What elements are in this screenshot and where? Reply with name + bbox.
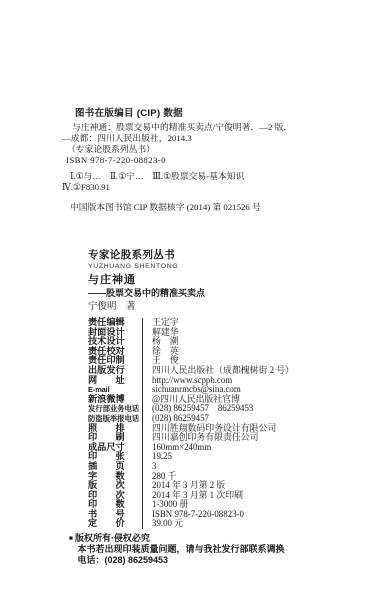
copyright-notice-text: 版权所有·侵权必究	[75, 533, 150, 544]
credits-table: 责任编辑 王定宇 封面设计 解建华 技术设计 杨 潮 责任校对 徐 英 责任印制…	[88, 318, 322, 529]
quality-notice-line: 本书若出现印装质量问题，请与我社发行部联系调换	[69, 544, 319, 555]
book-subtitle: ——股票交易中的精准买卖点	[88, 287, 205, 300]
credit-label: 新浪微博	[88, 395, 142, 405]
book-title: 与庄神通	[88, 273, 205, 287]
credit-label: 定 价	[88, 519, 142, 529]
cip-classification-line1: Ⅰ.①与… Ⅱ.①宁… Ⅲ.①股票交易-基本知识	[70, 171, 320, 182]
cip-record-number: 中国版本图书馆 CIP 数据核字 (2014) 第 021526 号	[70, 202, 320, 213]
book-colophon-page: 图书在版编目 (CIP) 数据 与庄神通：股票交易中的精准买卖点/宁俊明著．—2…	[0, 0, 375, 614]
copyright-notice-line: ■ 版权所有·侵权必究	[69, 533, 319, 544]
contact-phone-line: 电话：(028) 86259453	[69, 555, 319, 566]
cip-classification-line2: Ⅳ.①F830.91	[62, 182, 320, 193]
credit-value: 39.00 元	[142, 519, 322, 529]
credit-value: 19.25	[142, 452, 322, 462]
credit-label: 网 址	[88, 376, 142, 386]
cip-entry-line1: 与庄神通：股票交易中的精准买卖点/宁俊明著．—2 版．	[72, 122, 320, 133]
cip-entry-line2: —成都：四川人民出版社，2014.3	[62, 133, 320, 144]
series-pinyin: YUZHUANG SHENTONG	[88, 262, 205, 272]
cip-block: 图书在版编目 (CIP) 数据 与庄神通：股票交易中的精准买卖点/宁俊明著．—2…	[62, 108, 320, 213]
series-title: 专家论股系列丛书	[88, 249, 205, 262]
author-line: 宁俊明 著	[88, 301, 205, 313]
copyright-notice-block: ■ 版权所有·侵权必究 本书若出现印装质量问题，请与我社发行部联系调换 电话：(…	[69, 533, 319, 567]
credit-row: 定 价 39.00 元	[88, 519, 322, 529]
cip-heading: 图书在版编目 (CIP) 数据	[75, 108, 320, 119]
credit-label: 发行部业务电话	[88, 404, 142, 414]
cip-isbn: ISBN 978-7-220-08823-0	[66, 155, 320, 166]
filled-square-icon: ■	[69, 534, 73, 543]
cip-series-note: （专家论股系列丛书）	[67, 144, 320, 155]
title-block: 专家论股系列丛书 YUZHUANG SHENTONG 与庄神通 ——股票交易中的…	[88, 249, 205, 313]
